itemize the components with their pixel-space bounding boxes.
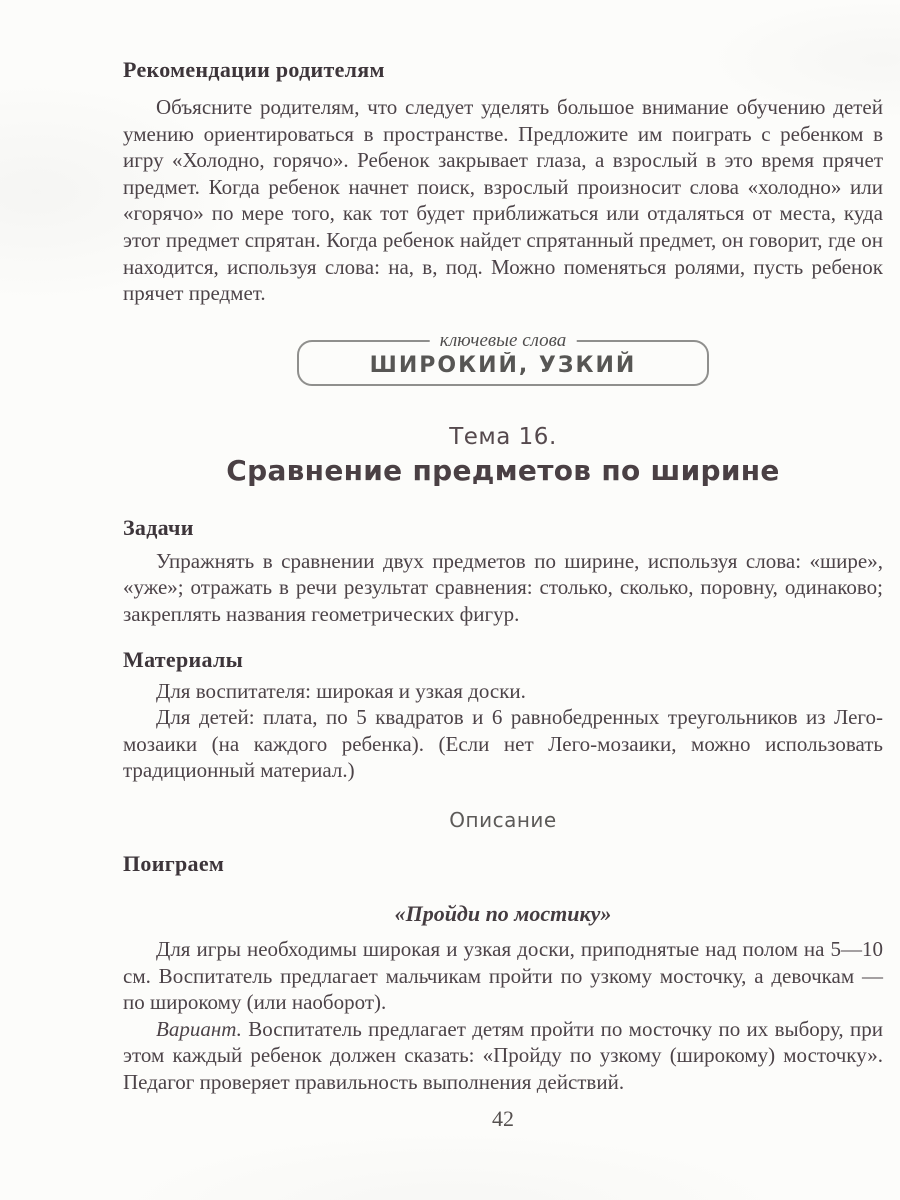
topic-title: Сравнение предметов по ширине	[123, 454, 883, 488]
keywords-box-label: ключевые слова	[430, 330, 577, 352]
recommendations-paragraph: Объясните родителям, что следует уделять…	[123, 94, 883, 307]
game-title: «Пройди по мостику»	[123, 900, 883, 928]
variant-label: Вариант.	[156, 1017, 242, 1041]
recommendations-heading: Рекомендации родителям	[123, 56, 883, 84]
materials-section: Материалы Для воспитателя: широкая и узк…	[123, 646, 883, 784]
topic-number: Тема 16.	[123, 422, 883, 452]
game-description-paragraph: Для игры необходимы широкая и узкая доск…	[123, 936, 883, 1016]
materials-paragraph-children: Для детей: плата, по 5 квадратов и 6 рав…	[123, 704, 883, 784]
description-section: Описание Поиграем «Пройди по мостику» Дл…	[123, 806, 883, 1096]
page-number: 42	[123, 1105, 883, 1133]
materials-heading: Материалы	[123, 646, 883, 674]
tasks-paragraph: Упражнять в сравнении двух предметов по …	[123, 548, 883, 628]
tasks-section: Задачи Упражнять в сравнении двух предме…	[123, 514, 883, 628]
play-subheading: Поиграем	[123, 850, 883, 878]
keywords-box: ключевые слова ШИРОКИЙ, УЗКИЙ	[297, 340, 709, 386]
variant-paragraph: Вариант. Воспитатель предлагает детям пр…	[123, 1016, 883, 1096]
recommendations-section: Рекомендации родителям Объясните родител…	[123, 56, 883, 307]
book-page: Рекомендации родителям Объясните родител…	[0, 0, 900, 1200]
text-column: Рекомендации родителям Объясните родител…	[123, 56, 883, 1133]
tasks-heading: Задачи	[123, 514, 883, 542]
materials-paragraph-teacher: Для воспитателя: широкая и узкая доски.	[123, 678, 883, 705]
keywords-text: ШИРОКИЙ, УЗКИЙ	[370, 347, 637, 378]
topic-header: Тема 16. Сравнение предметов по ширине	[123, 422, 883, 488]
description-heading: Описание	[123, 806, 883, 834]
